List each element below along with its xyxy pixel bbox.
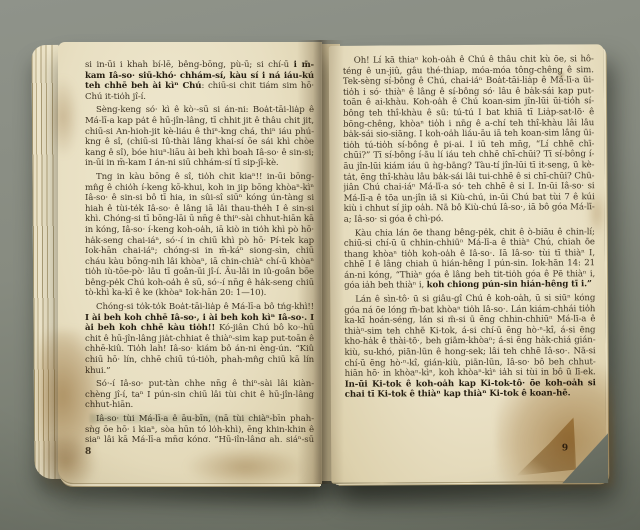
paragraph: Sèng-keng só· kì ê kò·-sū si án-ni: Boa̍…: [85, 105, 314, 169]
bold-text-run: koh chiong pún-sin hián-hêng tī i.”: [427, 280, 592, 291]
page-number-left: 8: [85, 447, 91, 457]
right-page: Oh! Lí kā thiaⁿ koh-oa̍h ê Chú ê thâu ch…: [329, 44, 607, 484]
text-run: Tng in kàu bōng ê sî, tio̍h chit kiaⁿ!! …: [85, 172, 314, 299]
paragraph: si in-ūi i khah bí-lē, bêng-bōng, pù-ū; …: [85, 60, 314, 102]
text-run: Chóng-si to̍k-to̍k Boa̍t-tāi-lia̍p ê Má-…: [96, 302, 314, 312]
stain: [186, 446, 304, 488]
paragraph: Kàu chia lán ōe thang bêng-pe̍k, chit ê …: [344, 227, 595, 292]
left-page-text: si in-ūi i khah bí-lē, bêng-bōng, pù-ū; …: [85, 60, 314, 442]
text-run: Iâ-so· tùi Má-lī-a ê āu-bīn, (nā tùi chi…: [85, 414, 314, 442]
paragraph: Oh! Lí kā thiaⁿ koh-oa̍h ê Chú ê thâu ch…: [343, 54, 595, 225]
bold-text-run: In-ūi Ki-tok ê koh-oa̍h kap Ki-tok-tô· ō…: [345, 378, 596, 400]
paragraph: Tng in kàu bōng ê sî, tio̍h chit kiaⁿ!! …: [85, 172, 314, 299]
text-run: Só·-í Iâ-so· put-tàn chhe nn̄g ê thiⁿ-sà…: [85, 379, 314, 410]
text-run: si in-ūi i khah bí-lē, bêng-bōng, pù-ū; …: [85, 60, 294, 70]
left-page-edge-stack: [31, 45, 61, 479]
paragraph: Chóng-si to̍k-to̍k Boa̍t-tāi-lia̍p ê Má-…: [85, 302, 314, 376]
text-run: Sèng-keng só· kì ê kò·-sū si án-ni: Boa̍…: [85, 105, 314, 168]
paragraph: Iâ-so· tùi Má-lī-a ê āu-bīn, (nā tùi chi…: [85, 414, 314, 442]
text-run: Lán ê sìn-tô· ū si giâu-gî Chú ê koh-oa̍…: [344, 293, 595, 379]
text-run: Oh! Lí kā thiaⁿ koh-oa̍h ê Chú ê thâu ch…: [343, 54, 595, 224]
left-page: si in-ūi i khah bí-lē, bêng-bōng, pù-ū; …: [58, 42, 322, 484]
paragraph: Lán ê sìn-tô· ū si giâu-gî Chú ê koh-oa̍…: [344, 293, 596, 400]
photo-of-open-book: { "colors": { "background": "#878b80", "…: [0, 0, 640, 530]
paragraph: Só·-í Iâ-so· put-tàn chhe nn̄g ê thiⁿ-sà…: [85, 379, 314, 411]
right-page-text: Oh! Lí kā thiaⁿ koh-oa̍h ê Chú ê thâu ch…: [343, 54, 596, 438]
